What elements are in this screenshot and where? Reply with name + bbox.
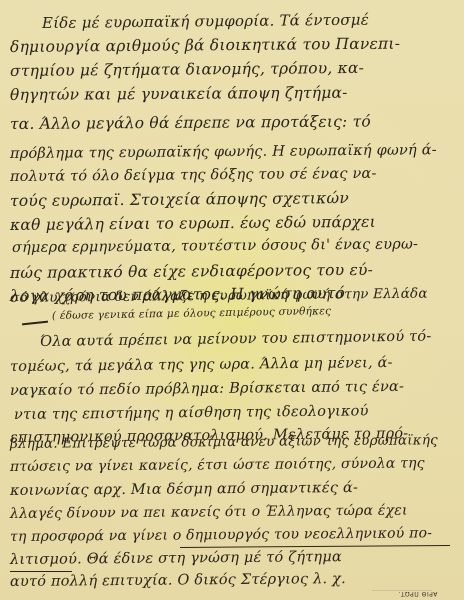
manuscript-line-10: σήμερα ερμηνεύματα, τουτέστιν όσους δι' … (12, 236, 418, 256)
manuscript-page: Είδε μέ ευρωπαϊκή συμφορία. Τά έντοσμέ δ… (0, 0, 464, 600)
manuscript-line-7: πολυτά τό όλο δείγμα της δόξης του σέ έν… (10, 166, 377, 185)
manuscript-line-17: ναγκαίο τό πεδίο πρόβλημα: Βρίσκεται από… (10, 379, 404, 399)
manuscript-line-23: λλαγές δίνουν να πει κανείς ότι ο Έλληνα… (10, 503, 408, 522)
manuscript-line-15: Όλα αυτά πρέπει να μείνουν του επιστημον… (40, 329, 432, 350)
manuscript-line-24: τη προσφορά να γίνει ο δημιουργός του νε… (10, 525, 432, 545)
manuscript-line-6: πρόβλημα της ευρωπαϊκής φωνής. Η ευρωπαϊ… (10, 142, 437, 162)
manuscript-line-1: Είδε μέ ευρωπαϊκή συμφορία. Τά έντοσμέ (42, 11, 369, 32)
manuscript-line-26: αυτό πολλή επιτυχία. Ο δικός Στέργιος λ.… (10, 571, 346, 590)
manuscript-line-16: τομέως, τά μεγάλα της γης ωρα. Άλλα μη μ… (10, 355, 393, 375)
manuscript-line-18: ντια της επιστήμης η αίσθηση της ιδεολογ… (14, 403, 369, 423)
manuscript-line-8: τούς ευρωπαϊ. Στοιχεία άποψης σχετικών (10, 189, 349, 210)
underline-stroke (180, 545, 450, 548)
manuscript-line-13: σό γλυ χρόνια δεν άλλαξε η ευρωπαϊκή φων… (10, 286, 428, 306)
manuscript-line-20: βλημα. Επιτρέψτε τώρα δοκίμια άνευ άξιων… (10, 432, 438, 452)
manuscript-line-25: λιτισμού. Θά έδινε στη γνώση μέ τό ζήτημ… (10, 549, 342, 568)
manuscript-line-5: τα. Άλλο μεγάλο θά έπρεπε να προτάξεις: … (10, 112, 371, 133)
manuscript-line-3: στημίου μέ ζητήματα διανομής, τρόπου, κα… (10, 59, 364, 80)
manuscript-line-2: δημιουργία αριθμούς βά διοικητικά του Πα… (10, 35, 400, 56)
manuscript-line-11: πώς πρακτικό θα είχε ενδιαφέροντος του ε… (10, 261, 373, 282)
underline-stroke (10, 571, 72, 572)
manuscript-line-4: θηγητών και μέ γυναικεία άποψη ζητήμα- (10, 84, 348, 104)
manuscript-line-22: κοινωνίας αρχ. Μια δέσμη από σημαντικές … (10, 480, 358, 499)
manuscript-line-21: πτώσεις να γίνει κανείς, έτσι ώστε ποιότ… (10, 455, 425, 475)
manuscript-line-9: καθ μεγάλη είναι το ευρωπ. έως εδώ υπάρχ… (10, 213, 376, 234)
margin-dash-stroke (22, 321, 48, 325)
protocol-stamp: ΑΡΙΘ ΠΡΩΤ. (398, 590, 437, 597)
manuscript-line-14: ( έδωσε γενικά είπα με όλους επιμέρους σ… (52, 305, 331, 322)
